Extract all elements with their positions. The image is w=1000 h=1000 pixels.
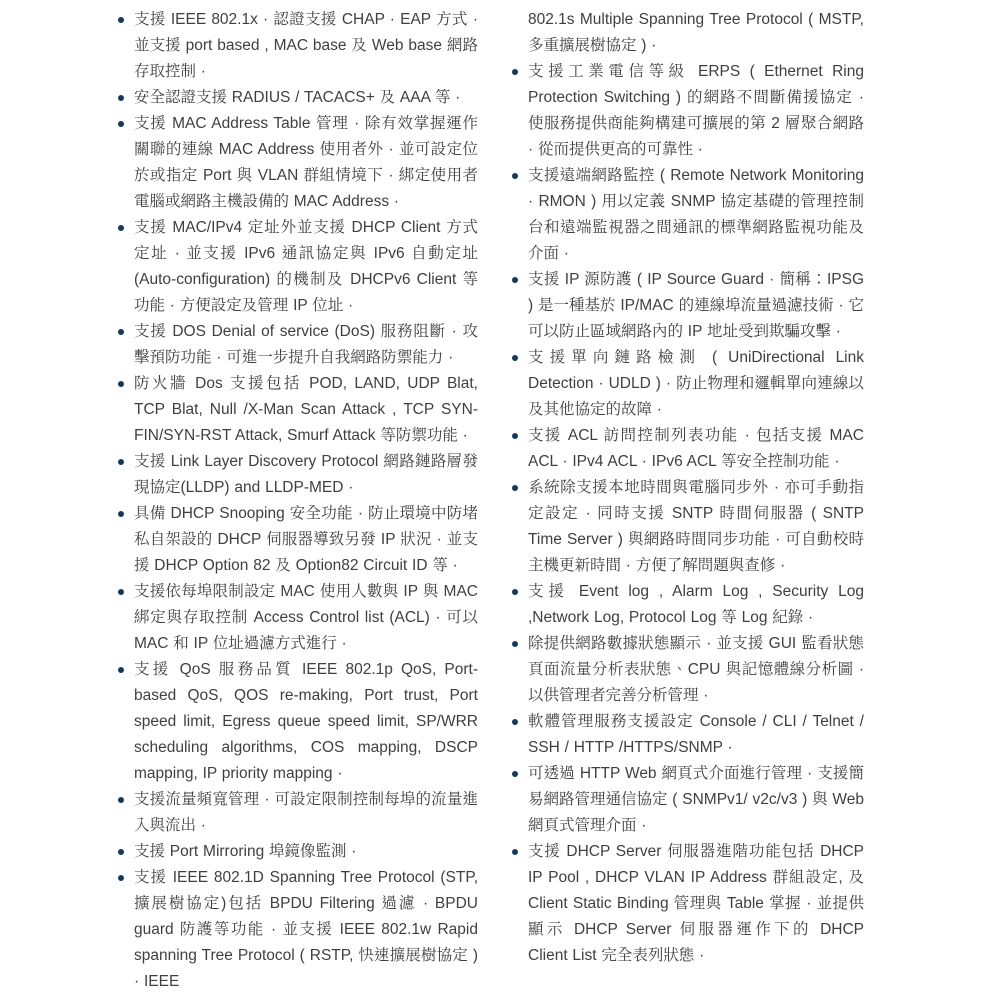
feature-item: 支援 DHCP Server 伺服器進階功能包括 DHCP IP Pool , … — [511, 839, 864, 969]
feature-text: 安全認證支援 RADIUS / TACACS+ 及 AAA 等 · — [134, 89, 460, 106]
feature-text: 支援 QoS 服務品質 IEEE 802.1p QoS, Port-based … — [134, 661, 478, 782]
feature-item: 安全認證支援 RADIUS / TACACS+ 及 AAA 等 · — [117, 85, 478, 111]
feature-text: 支援流量頻寬管理 · 可設定限制控制每埠的流量進入與流出 · — [134, 791, 478, 834]
bullet-icon — [118, 329, 124, 335]
feature-item: 支援 IP 源防護 ( IP Source Guard · 簡稱：IPSG ) … — [511, 267, 864, 345]
bullet-icon — [118, 797, 124, 803]
bullet-icon — [118, 17, 124, 23]
feature-text: 支援依每埠限制設定 MAC 使用人數與 IP 與 MAC 綁定與存取控制 Acc… — [134, 583, 478, 652]
feature-item: 支援 DOS Denial of service (DoS) 服務阻斷 · 攻擊… — [117, 319, 478, 371]
bullet-icon — [512, 589, 518, 595]
bullet-icon — [512, 641, 518, 647]
feature-item-continuation: 802.1s Multiple Spanning Tree Protocol (… — [511, 7, 864, 59]
feature-item: 支援 QoS 服務品質 IEEE 802.1p QoS, Port-based … — [117, 657, 478, 787]
bullet-icon — [512, 355, 518, 361]
feature-text: 可透過 HTTP Web 網頁式介面進行管理 · 支援簡易網路管理通信協定 ( … — [528, 765, 864, 834]
feature-item: 支援 MAC Address Table 管理 · 除有效掌握運作關聯的連線 M… — [117, 111, 478, 215]
two-column-layout: 支援 IEEE 802.1x · 認證支援 CHAP · EAP 方式 · 並支… — [0, 0, 1000, 995]
feature-text: 支援 Port Mirroring 埠鏡像監測 · — [134, 843, 356, 860]
feature-item: 支援 IEEE 802.1D Spanning Tree Protocol (S… — [117, 865, 478, 995]
feature-item: 支援單向鏈路檢測 ( UniDirectional Link Detection… — [511, 345, 864, 423]
bullet-icon — [118, 225, 124, 231]
bullet-icon — [512, 69, 518, 75]
feature-item: 系統除支援本地時間與電腦同步外 · 亦可手動指定設定 · 同時支援 SNTP 時… — [511, 475, 864, 579]
feature-item: 可透過 HTTP Web 網頁式介面進行管理 · 支援簡易網路管理通信協定 ( … — [511, 761, 864, 839]
feature-item: 支援遠端網路監控 ( Remote Network Monitoring · R… — [511, 163, 864, 267]
feature-item: 除提供網路數據狀態顯示 · 並支援 GUI 監看狀態頁面流量分析表狀態、CPU … — [511, 631, 864, 709]
feature-text: 具備 DHCP Snooping 安全功能 · 防止環境中防堵私自架設的 DHC… — [134, 505, 478, 574]
feature-item: 支援 IEEE 802.1x · 認證支援 CHAP · EAP 方式 · 並支… — [117, 7, 478, 85]
feature-text: 支援 DHCP Server 伺服器進階功能包括 DHCP IP Pool , … — [528, 843, 864, 964]
feature-item: 支援 Event log , Alarm Log , Security Log … — [511, 579, 864, 631]
feature-item: 軟體管理服務支援設定 Console / CLI / Telnet / SSH … — [511, 709, 864, 761]
feature-item: 支援 Port Mirroring 埠鏡像監測 · — [117, 839, 478, 865]
feature-item: 支援工業電信等級 ERPS ( Ethernet Ring Protection… — [511, 59, 864, 163]
feature-item: 支援依每埠限制設定 MAC 使用人數與 IP 與 MAC 綁定與存取控制 Acc… — [117, 579, 478, 657]
feature-text: 支援 MAC/IPv4 定址外並支援 DHCP Client 方式定址 · 並支… — [134, 219, 478, 314]
feature-text: 支援工業電信等級 ERPS ( Ethernet Ring Protection… — [528, 63, 864, 158]
feature-text: 軟體管理服務支援設定 Console / CLI / Telnet / SSH … — [528, 713, 864, 756]
feature-text: 系統除支援本地時間與電腦同步外 · 亦可手動指定設定 · 同時支援 SNTP 時… — [528, 479, 864, 574]
bullet-icon — [512, 771, 518, 777]
feature-item: 防火牆 Dos 支援包括 POD, LAND, UDP Blat, TCP Bl… — [117, 371, 478, 449]
feature-item: 支援 MAC/IPv4 定址外並支援 DHCP Client 方式定址 · 並支… — [117, 215, 478, 319]
feature-text: 支援 IEEE 802.1D Spanning Tree Protocol (S… — [134, 869, 478, 990]
bullet-icon — [118, 381, 124, 387]
bullet-icon — [118, 511, 124, 517]
feature-item: 支援 Link Layer Discovery Protocol 網路鏈路層發現… — [117, 449, 478, 501]
left-column: 支援 IEEE 802.1x · 認證支援 CHAP · EAP 方式 · 並支… — [117, 7, 478, 995]
feature-text: 除提供網路數據狀態顯示 · 並支援 GUI 監看狀態頁面流量分析表狀態、CPU … — [528, 635, 864, 704]
feature-spec-document: 支援 IEEE 802.1x · 認證支援 CHAP · EAP 方式 · 並支… — [0, 0, 1000, 1000]
bullet-icon — [512, 485, 518, 491]
bullet-icon — [118, 875, 124, 881]
feature-item: 支援 ACL 訪問控制列表功能 · 包括支援 MAC ACL · IPv4 AC… — [511, 423, 864, 475]
feature-item: 具備 DHCP Snooping 安全功能 · 防止環境中防堵私自架設的 DHC… — [117, 501, 478, 579]
feature-text: 支援 MAC Address Table 管理 · 除有效掌握運作關聯的連線 M… — [134, 115, 478, 210]
bullet-icon — [118, 589, 124, 595]
right-column: 802.1s Multiple Spanning Tree Protocol (… — [511, 7, 864, 995]
feature-text: 支援 IP 源防護 ( IP Source Guard · 簡稱：IPSG ) … — [528, 271, 864, 340]
bullet-icon — [512, 433, 518, 439]
bullet-icon — [512, 719, 518, 725]
bullet-icon — [118, 849, 124, 855]
feature-text: 支援 Link Layer Discovery Protocol 網路鏈路層發現… — [134, 453, 478, 496]
feature-text: 支援遠端網路監控 ( Remote Network Monitoring · R… — [528, 167, 864, 262]
feature-text: 支援單向鏈路檢測 ( UniDirectional Link Detection… — [528, 349, 864, 418]
feature-text: 802.1s Multiple Spanning Tree Protocol (… — [528, 11, 864, 54]
bullet-icon — [118, 95, 124, 101]
feature-item: 支援流量頻寬管理 · 可設定限制控制每埠的流量進入與流出 · — [117, 787, 478, 839]
feature-text: 支援 Event log , Alarm Log , Security Log … — [528, 583, 864, 626]
feature-text: 防火牆 Dos 支援包括 POD, LAND, UDP Blat, TCP Bl… — [134, 375, 478, 444]
feature-text: 支援 DOS Denial of service (DoS) 服務阻斷 · 攻擊… — [134, 323, 478, 366]
feature-text: 支援 ACL 訪問控制列表功能 · 包括支援 MAC ACL · IPv4 AC… — [528, 427, 864, 470]
feature-text: 支援 IEEE 802.1x · 認證支援 CHAP · EAP 方式 · 並支… — [134, 11, 478, 80]
bullet-icon — [512, 277, 518, 283]
bullet-icon — [118, 667, 124, 673]
bullet-icon — [512, 849, 518, 855]
bullet-icon — [512, 173, 518, 179]
bullet-icon — [118, 459, 124, 465]
bullet-icon — [118, 121, 124, 127]
